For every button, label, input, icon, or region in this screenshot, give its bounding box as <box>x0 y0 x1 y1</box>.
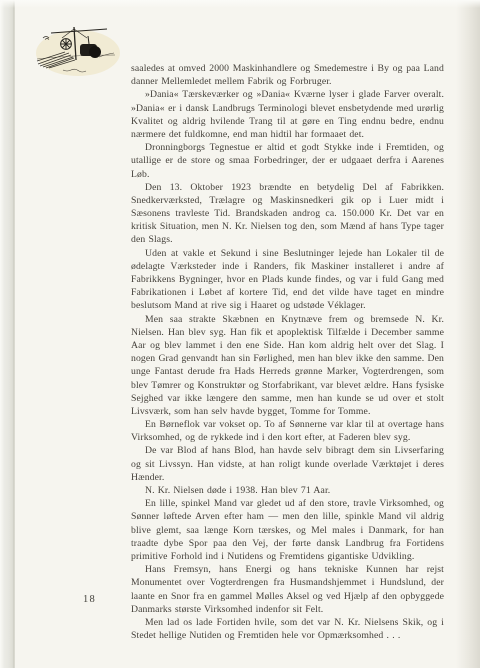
paragraph: saaledes at omved 2000 Maskinhandlere og… <box>131 62 444 88</box>
paragraph: En lille, spinkel Mand var gledet ud af … <box>131 497 444 563</box>
paragraph: Dronningborgs Tegnestue er altid et godt… <box>131 141 444 181</box>
scan-edge-right-shadow <box>456 0 480 668</box>
paragraph: N. Kr. Nielsen døde i 1938. Han blev 71 … <box>131 484 444 497</box>
paragraph: Den 13. Oktober 1923 brændte en betydeli… <box>131 181 444 247</box>
page-number: 18 <box>83 594 96 605</box>
paragraph: Hans Fremsyn, hans Energi og hans teknis… <box>131 563 444 616</box>
paragraph: Men lad os lade Fortiden hvile, som det … <box>131 616 444 642</box>
paragraph: Uden at vakle et Sekund i sine Beslutnin… <box>131 247 444 313</box>
paragraph: De var Blod af hans Blod, han havde selv… <box>131 444 444 484</box>
paragraph: Men saa strakte Skæbnen en Knytnæve frem… <box>131 313 444 419</box>
body-text: saaledes at omved 2000 Maskinhandlere og… <box>131 62 444 642</box>
paragraph: »Dania« Tærskeværker og »Dania« Kværne l… <box>131 88 444 141</box>
farm-machinery-vignette-illustration <box>33 22 121 80</box>
paragraph: En Børneflok var vokset op. To af Sønner… <box>131 418 444 444</box>
scanned-book-page: { "page": { "number": "18", "paper_color… <box>0 0 480 668</box>
scan-edge-top <box>0 0 480 8</box>
scan-edge-left <box>0 0 15 668</box>
